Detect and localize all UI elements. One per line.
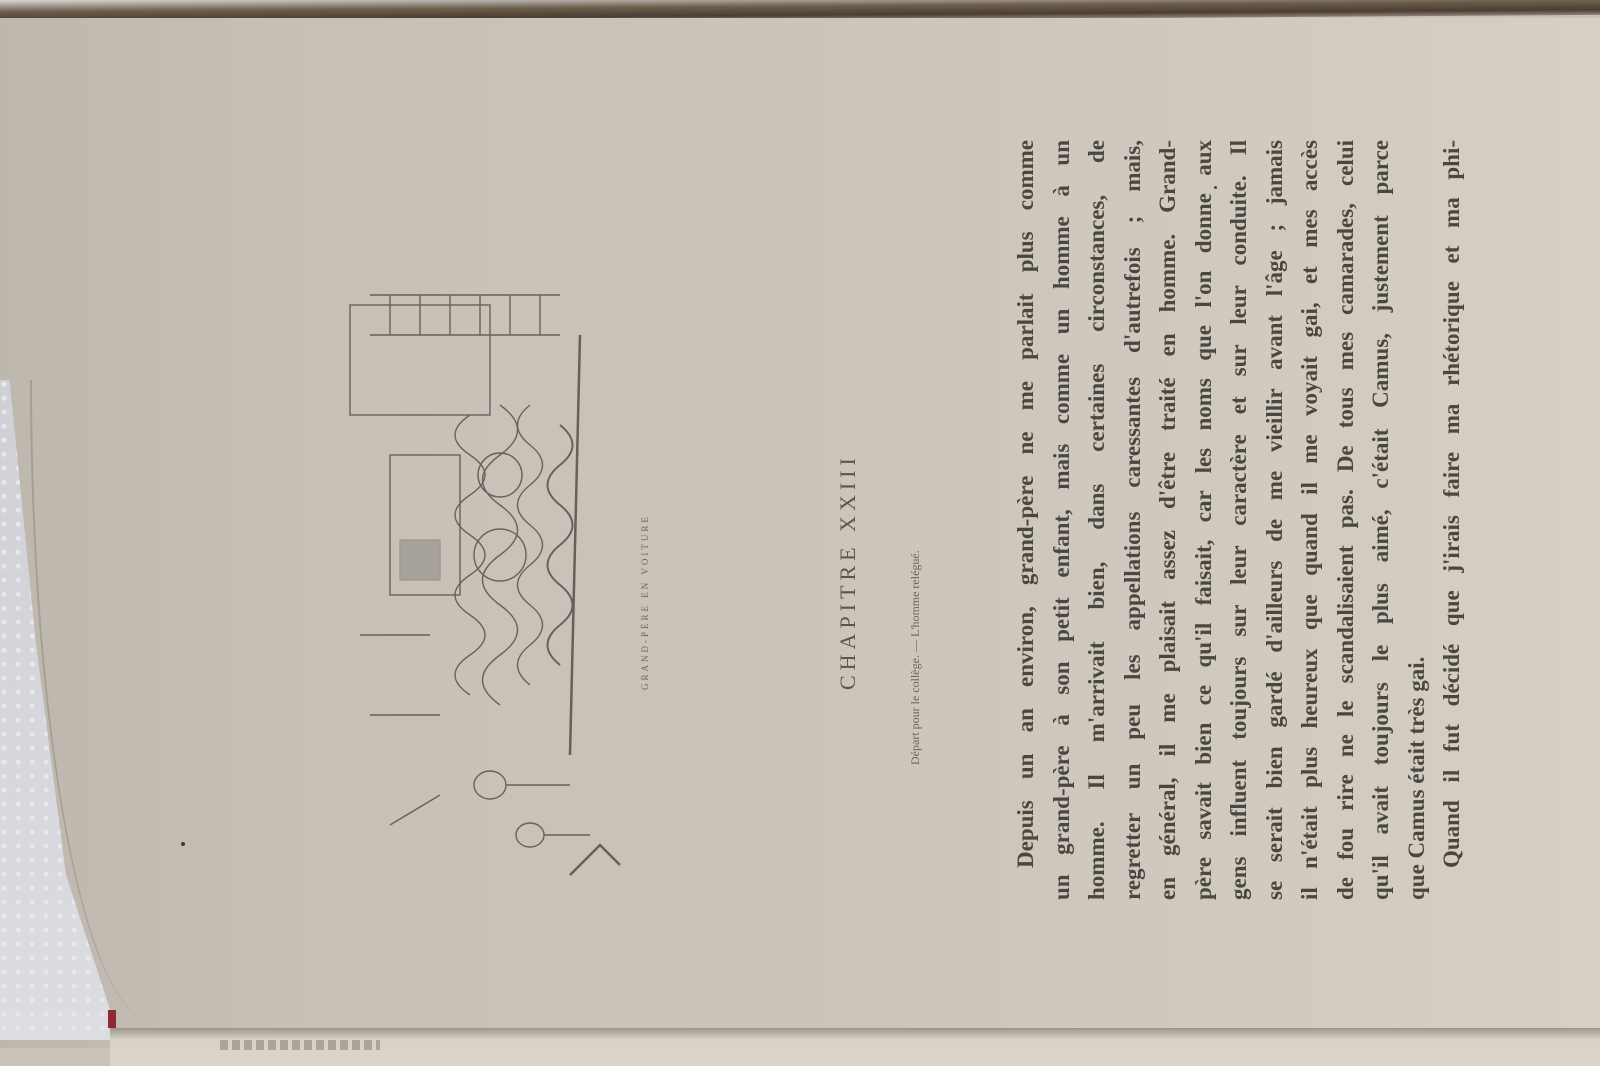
next-page-text <box>220 1040 380 1050</box>
book-spine <box>108 1010 116 1028</box>
body-line: un grand-père à son petit enfant, mais c… <box>1044 140 1080 900</box>
body-line: père savait bien ce qu'il faisait, car l… <box>1186 140 1222 900</box>
body-line: regretter un peu les appellations caress… <box>1115 140 1151 900</box>
body-line: que Camus était très gai. <box>1399 140 1435 900</box>
body-line: se serait bien gardé d'ailleurs de me vi… <box>1257 140 1293 900</box>
body-line: gens influent toujours sur leur caractèr… <box>1221 140 1257 900</box>
illustration-caption: GRAND-PÈRE EN VOITURE <box>640 514 650 690</box>
body-line: Depuis un an environ, grand-père ne me p… <box>1008 140 1044 900</box>
body-line: homme. Il m'arrivait bien, dans certaine… <box>1079 140 1115 900</box>
body-line: il n'était plus heureux que quand il me … <box>1292 140 1328 900</box>
body-line: en général, il me plaisait assez d'être … <box>1150 140 1186 900</box>
illustration <box>330 255 630 895</box>
body-line: de fou rire ne le scandalisaient pas. De… <box>1328 140 1364 900</box>
body-line: qu'il avait toujours le plus aimé, c'éta… <box>1363 140 1399 900</box>
body-line: Quand il fut décidé que j'irais faire ma… <box>1434 140 1470 900</box>
chapter-subtitle: Départ pour le collège. — L'homme relégu… <box>908 550 923 765</box>
illustration-drawing <box>330 255 630 895</box>
paper-speck <box>181 842 185 846</box>
body-text: Depuis un an environ, grand-père ne me p… <box>1008 140 1470 900</box>
chapter-title: CHAPITRE XXIII <box>835 453 861 690</box>
